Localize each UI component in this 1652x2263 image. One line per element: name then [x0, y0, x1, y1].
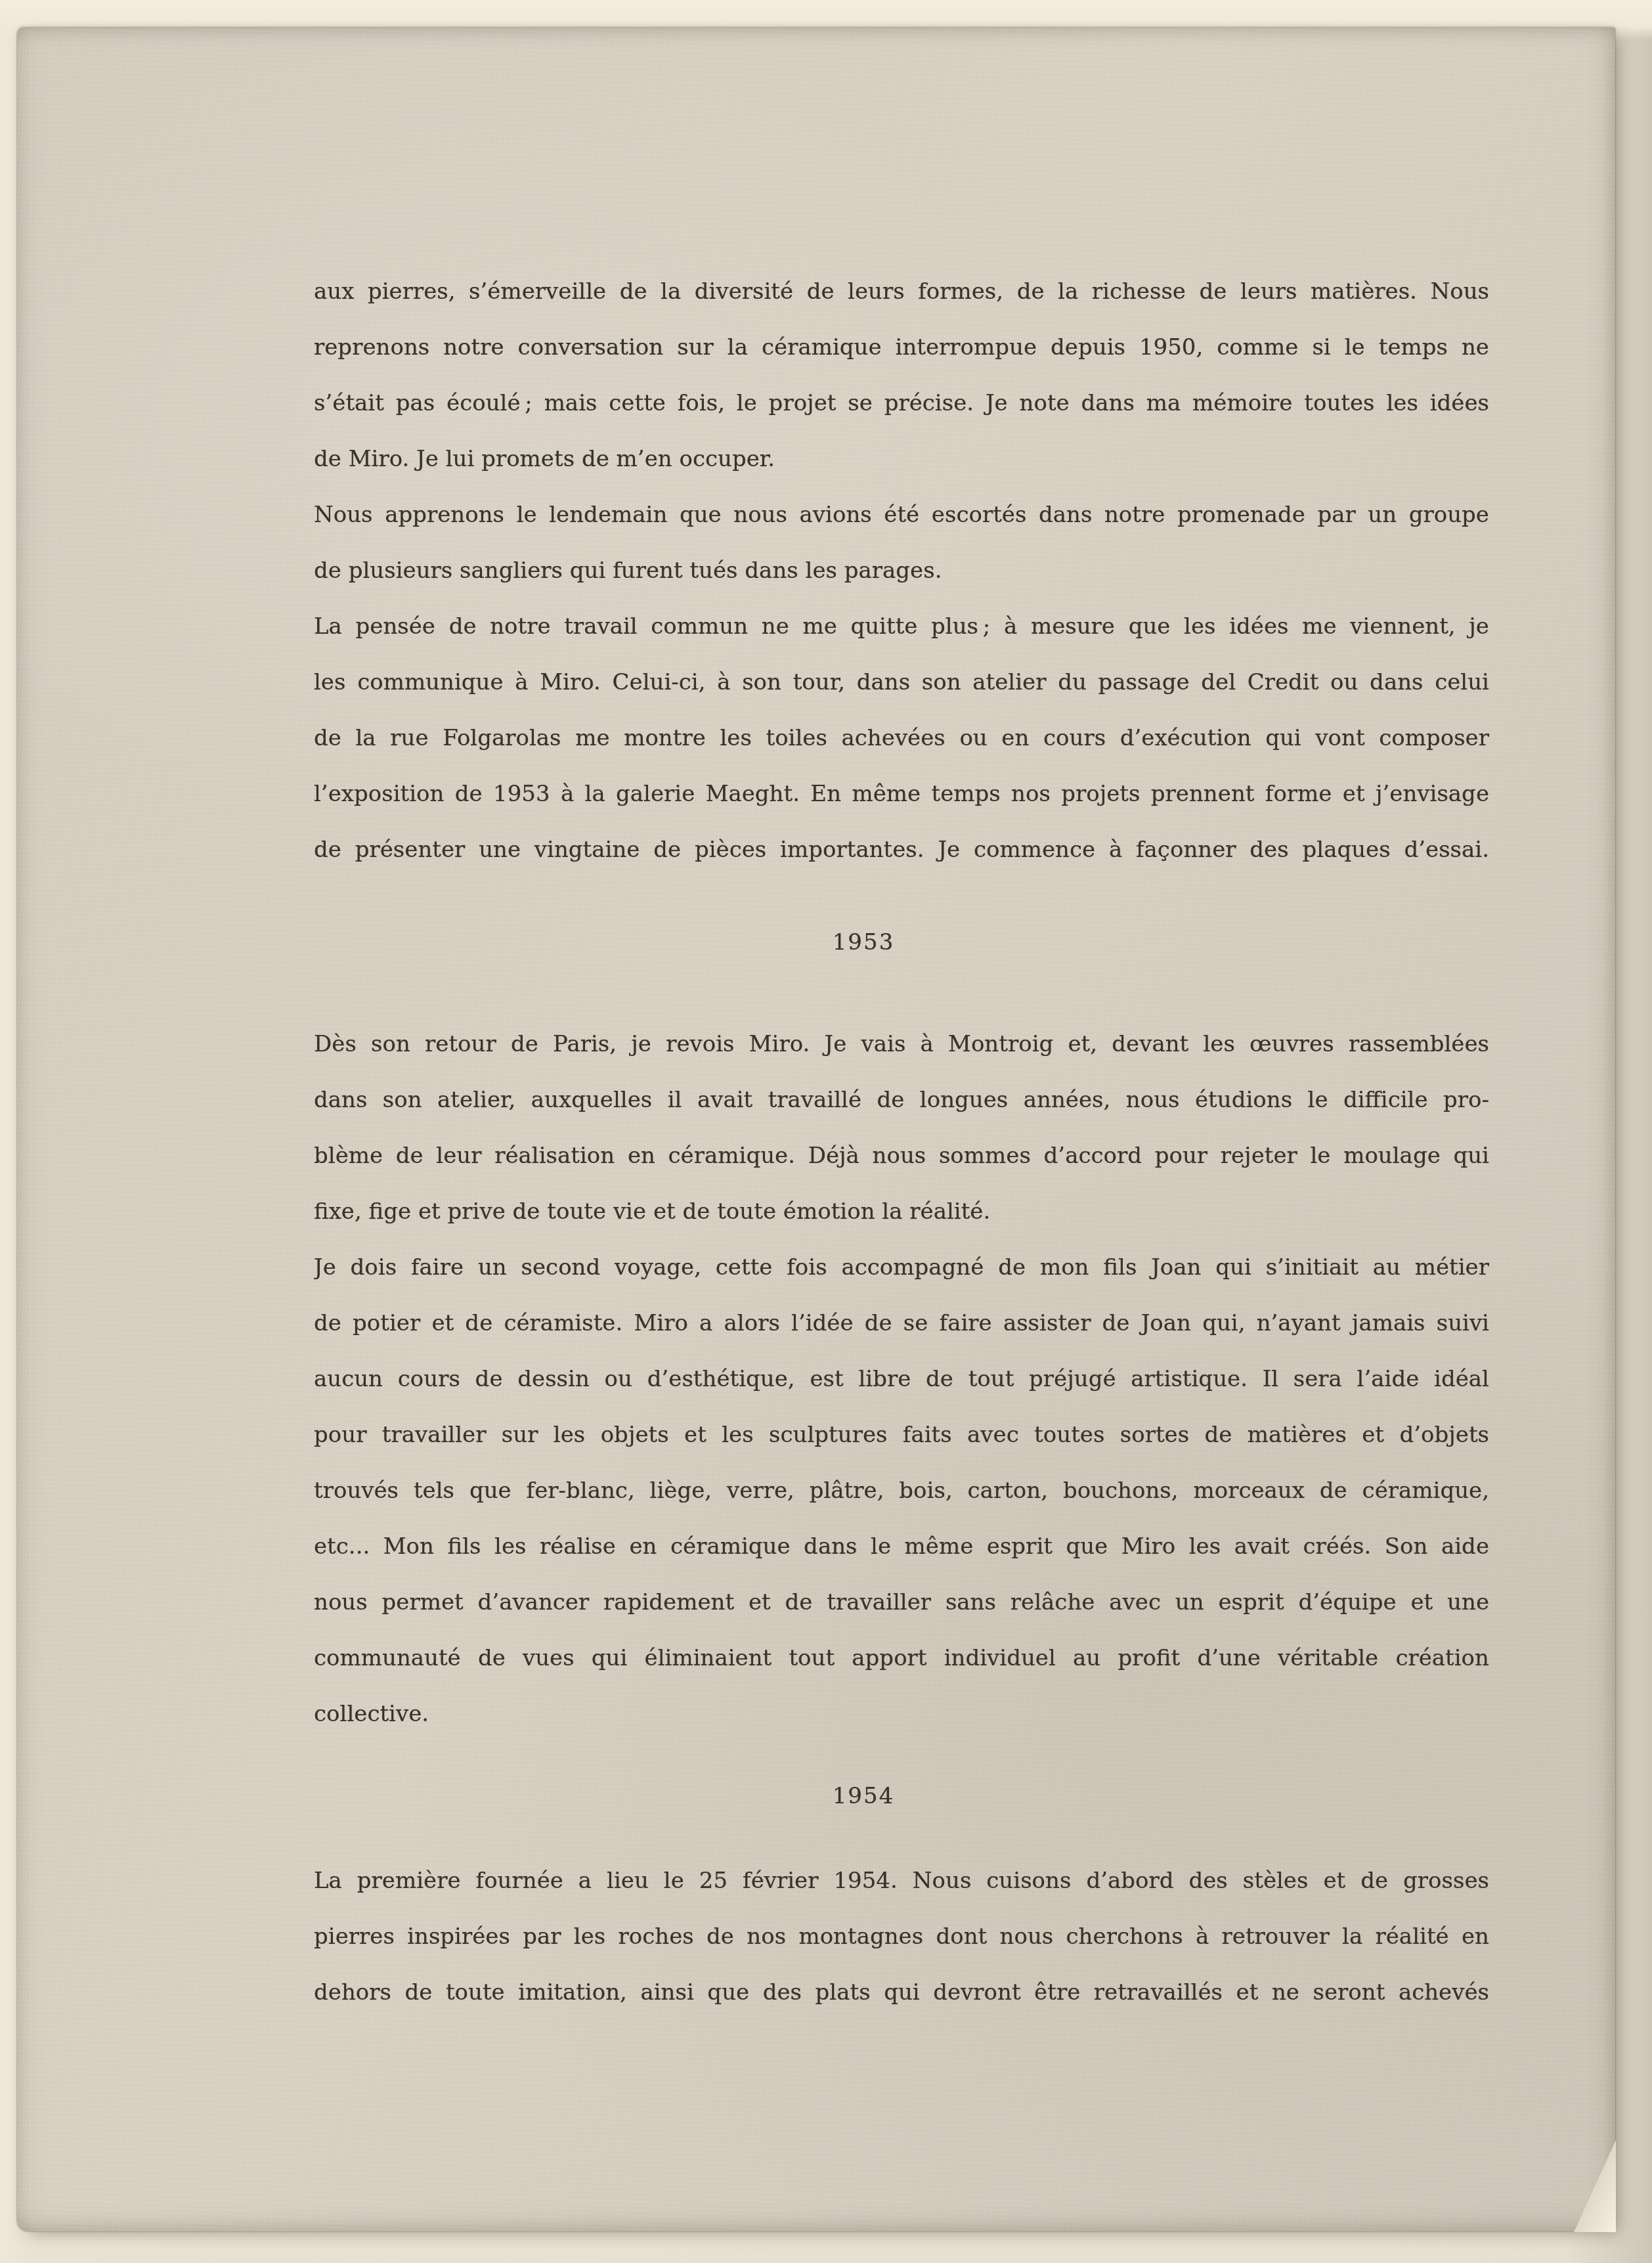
book-page: aux pierres, s’émerveille de la diversit… [17, 28, 1615, 2231]
text-line: de la rue Folgarolas me montre les toile… [314, 711, 1489, 766]
text-line: de plusieurs sangliers qui furent tués d… [314, 543, 1489, 599]
text-line: les communique à Miro. Celui-ci, à son t… [314, 655, 1489, 711]
text-line: fixe, fige et prive de toute vie et de t… [314, 1184, 1489, 1240]
text-line: de potier et de céramiste. Miro a alors … [314, 1296, 1489, 1351]
text-line: aucun cours de dessin ou d’esthétique, e… [314, 1351, 1489, 1407]
text-line: Je dois faire un second voyage, cette fo… [314, 1240, 1489, 1296]
text-line: La pensée de notre travail commun ne me … [314, 599, 1489, 655]
text-line: La première fournée a lieu le 25 février… [314, 1853, 1489, 1909]
year-heading: 1954 [276, 1769, 1451, 1824]
text-line: Nous apprenons le lendemain que nous avi… [314, 487, 1489, 543]
text-line: dehors de toute imitation, ainsi que des… [314, 1965, 1489, 2021]
text-line: etc... Mon fils les réalise en céramique… [314, 1519, 1489, 1575]
text-line: pour travailler sur les objets et les sc… [314, 1407, 1489, 1463]
paragraph: La pensée de notre travail commun ne me … [314, 599, 1489, 878]
paragraph: Je dois faire un second voyage, cette fo… [314, 1240, 1489, 1742]
paragraph: aux pierres, s’émerveille de la diversit… [314, 264, 1489, 487]
text-line: Dès son retour de Paris, je revois Miro.… [314, 1017, 1489, 1072]
text-line: pierres inspirées par les roches de nos … [314, 1909, 1489, 1965]
text-line: dans son atelier, auxquelles il avait tr… [314, 1072, 1489, 1128]
text-line: l’exposition de 1953 à la galerie Maeght… [314, 766, 1489, 822]
text-line: nous permet d’avancer rapidement et de t… [314, 1575, 1489, 1631]
paragraph: Dès son retour de Paris, je revois Miro.… [314, 1017, 1489, 1240]
text-line: de Miro. Je lui promets de m’en occuper. [314, 431, 1489, 487]
text-line: aux pierres, s’émerveille de la diversit… [314, 264, 1489, 320]
text-line: reprenons notre conversation sur la céra… [314, 320, 1489, 376]
paragraph: Nous apprenons le lendemain que nous avi… [314, 487, 1489, 599]
text-block: aux pierres, s’émerveille de la diversit… [314, 264, 1489, 2021]
page-corner-fold [1574, 2140, 1616, 2232]
text-line: s’était pas écoulé ; mais cette fois, le… [314, 376, 1489, 431]
year-heading: 1953 [276, 915, 1451, 971]
text-line: blème de leur réalisation en céramique. … [314, 1128, 1489, 1184]
text-line: trouvés tels que fer-blanc, liège, verre… [314, 1463, 1489, 1519]
text-line: communauté de vues qui éliminaient tout … [314, 1631, 1489, 1686]
text-line: collective. [314, 1686, 1489, 1742]
paragraph: La première fournée a lieu le 25 février… [314, 1853, 1489, 2021]
text-line: de présenter une vingtaine de pièces imp… [314, 822, 1489, 878]
